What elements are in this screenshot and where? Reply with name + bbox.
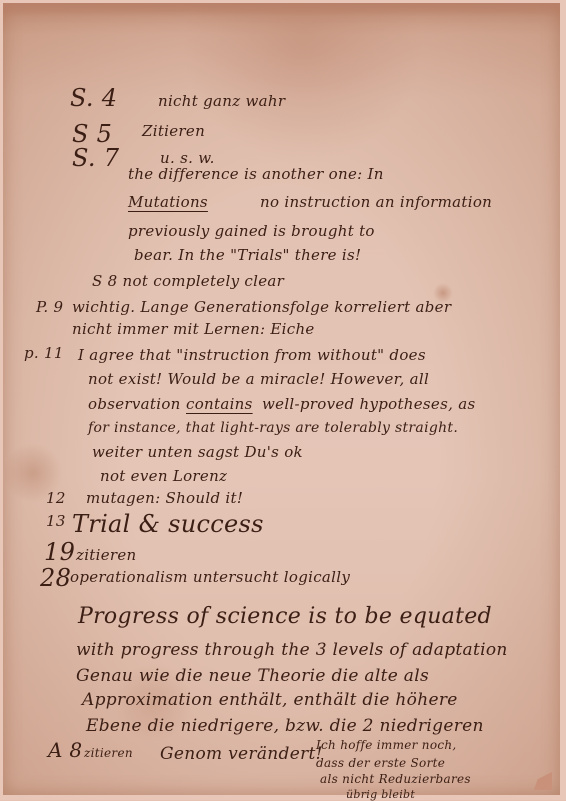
note-line: dass der erste Sorte [316,756,445,770]
note-line: zitieren [76,546,137,564]
note-line: no instruction an information [260,193,492,211]
note-line: Trial & success [72,510,264,538]
note-line: übrig bleibt [346,788,415,800]
note-line: Progress of science is to be equated [78,604,492,629]
note-line: with progress through the 3 levels of ad… [76,640,508,660]
note-line: Ebene die niedrigere, bzw. die 2 niedrig… [86,716,484,736]
note-line: Ich hoffe immer noch, [316,738,457,752]
note-line: Genau wie die neue Theorie die alte als [76,666,429,686]
note-line: operationalism untersucht logically [70,568,350,586]
note-line: nicht ganz wahr [158,92,285,110]
section-marker: S. 7 [72,144,119,172]
note-line: wichtig. Lange Generationsfolge korrelie… [72,298,451,316]
note-line: als nicht Reduzierbares [320,772,471,786]
note-line: observation [88,395,181,413]
note-line: Approximation enthält, enthält die höher… [82,690,458,710]
note-line: well-proved hypotheses, as [262,395,476,413]
section-marker: S. 4 [70,84,117,112]
section-marker: 13 [46,512,66,530]
section-marker: 12 [46,489,66,507]
note-line: Genom verändert! [160,744,323,764]
note-line: S 8 not completely clear [92,272,284,290]
note-line: Zitieren [142,122,205,140]
section-marker: P. 9 [36,298,63,316]
note-line: the difference is another one: In [128,165,384,183]
underlined-word: contains [186,395,253,413]
section-marker: 19 [44,538,75,566]
section-marker: 28 [40,564,71,592]
underlined-word: Mutations [128,193,208,211]
page-top-stain [3,3,560,17]
note-line: I agree that "instruction from without" … [78,346,426,364]
note-line: not exist! Would be a miracle! However, … [88,370,429,388]
note-line: mutagen: Should it! [86,489,243,507]
note-line: previously gained is brought to [128,222,375,240]
note-line: not even Lorenz [100,467,227,485]
section-marker: p. 11 [24,344,64,362]
note-line: zitieren [84,746,133,760]
note-line: nicht immer mit Lernen: Eiche [72,320,315,338]
note-line: weiter unten sagst Du's ok [92,443,303,461]
note-line: bear. In the "Trials" there is! [134,246,361,264]
note-line: for instance, that light-rays are tolera… [88,420,458,436]
section-marker: A 8 [48,738,82,762]
